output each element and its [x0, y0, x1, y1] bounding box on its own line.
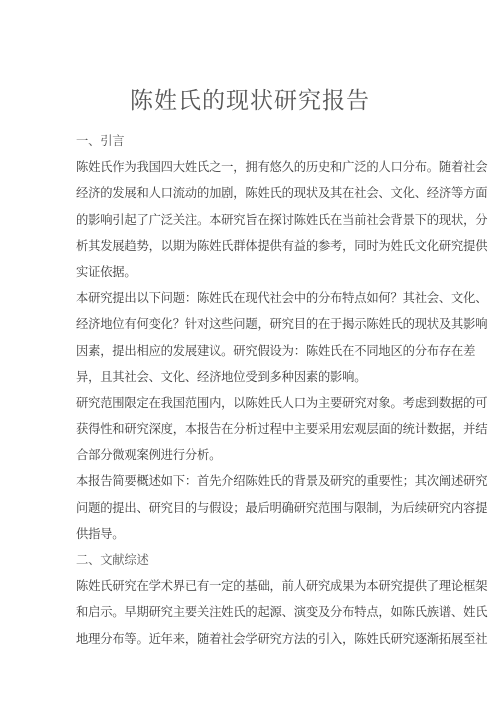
paragraph: 陈姓氏作为我国四大姓氏之一，拥有悠久的历史和广泛的人口分布。随着社会 经济的发展… [76, 154, 422, 285]
document-body: 一、引言 陈姓氏作为我国四大姓氏之一，拥有悠久的历史和广泛的人口分布。随着社会 … [76, 128, 422, 652]
text-line: 经济的发展和人口流动的加剧，陈姓氏的现状及其在社会、文化、经济等方面 [76, 180, 422, 206]
text-line: 和启示。早期研究主要关注姓氏的起源、演变及分布特点，如陈氏族谱、姓氏 [76, 599, 422, 625]
paragraph: 本研究提出以下问题：陈姓氏在现代社会中的分布特点如何？其社会、文化、 经济地位有… [76, 285, 422, 390]
text-line: 陈姓氏研究在学术界已有一定的基础，前人研究成果为本研究提供了理论框架 [76, 573, 422, 599]
paragraph: 陈姓氏研究在学术界已有一定的基础，前人研究成果为本研究提供了理论框架 和启示。早… [76, 573, 422, 652]
text-line: 异，且其社会、文化、经济地位受到多种因素的影响。 [76, 364, 422, 390]
document-page: 陈姓氏的现状研究报告 一、引言 陈姓氏作为我国四大姓氏之一，拥有悠久的历史和广泛… [0, 0, 500, 707]
text-line: 实证依据。 [76, 259, 422, 285]
text-line: 因素，提出相应的发展建议。研究假设为：陈姓氏在不同地区的分布存在差 [76, 338, 422, 364]
section-heading-literature-review: 二、文献综述 [76, 547, 422, 573]
text-line: 获得性和研究深度，本报告在分析过程中主要采用宏观层面的统计数据，并结 [76, 416, 422, 442]
section-heading-introduction: 一、引言 [76, 128, 422, 154]
text-line: 经济地位有何变化？针对这些问题，研究目的在于揭示陈姓氏的现状及其影响 [76, 311, 422, 337]
text-line: 本研究提出以下问题：陈姓氏在现代社会中的分布特点如何？其社会、文化、 [76, 285, 422, 311]
text-line: 地理分布等。近年来，随着社会学研究方法的引入，陈姓氏研究逐渐拓展至社 [76, 626, 422, 652]
text-line: 供指导。 [76, 521, 422, 547]
text-line: 本报告简要概述如下：首先介绍陈姓氏的背景及研究的重要性；其次阐述研究 [76, 468, 422, 494]
text-line: 研究范围限定在我国范围内，以陈姓氏人口为主要研究对象。考虑到数据的可 [76, 390, 422, 416]
document-title: 陈姓氏的现状研究报告 [0, 82, 500, 115]
text-line: 析其发展趋势，以期为陈姓氏群体提供有益的参考，同时为姓氏文化研究提供 [76, 233, 422, 259]
text-line: 的影响引起了广泛关注。本研究旨在探讨陈姓氏在当前社会背景下的现状，分 [76, 207, 422, 233]
paragraph: 本报告简要概述如下：首先介绍陈姓氏的背景及研究的重要性；其次阐述研究 问题的提出… [76, 468, 422, 547]
text-line: 合部分微观案例进行分析。 [76, 442, 422, 468]
text-line: 问题的提出、研究目的与假设；最后明确研究范围与限制，为后续研究内容提 [76, 495, 422, 521]
paragraph: 研究范围限定在我国范围内，以陈姓氏人口为主要研究对象。考虑到数据的可 获得性和研… [76, 390, 422, 469]
text-line: 陈姓氏作为我国四大姓氏之一，拥有悠久的历史和广泛的人口分布。随着社会 [76, 154, 422, 180]
